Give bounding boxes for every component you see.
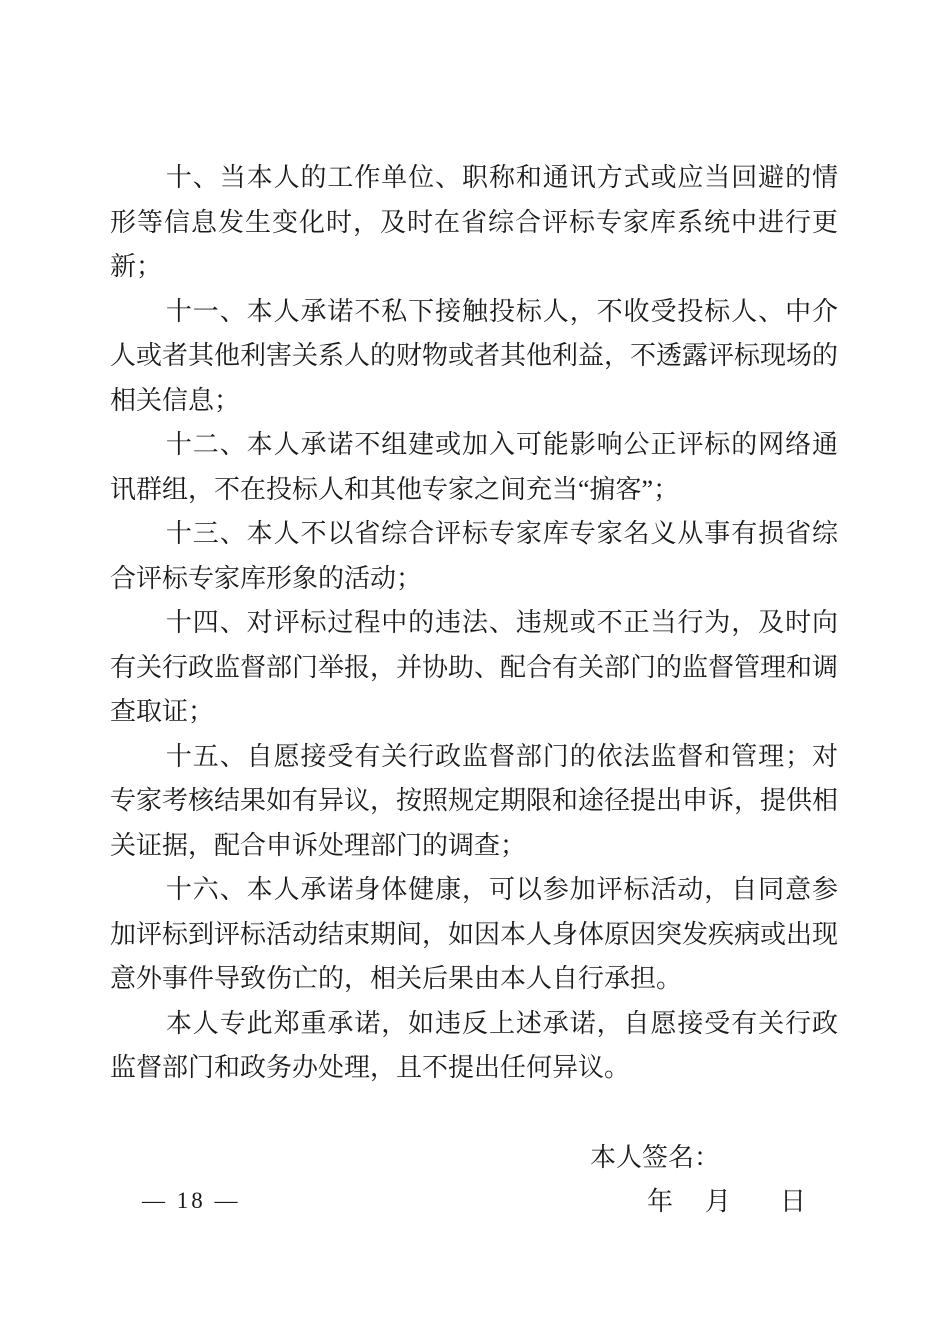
clause-paragraph-10: 十、当本人的工作单位、职称和通讯方式或应当回避的情形等信息发生变化时，及时在省综…: [110, 156, 838, 290]
clause-paragraph-12: 十二、本人承诺不组建或加入可能影响公正评标的网络通讯群组，不在投标人和其他专家之…: [110, 423, 838, 512]
month-label: 月: [705, 1187, 731, 1216]
signature-name-label: 本人签名：: [590, 1136, 838, 1181]
clause-paragraph-15: 十五、自愿接受有关行政监督部门的依法监督和管理；对专家考核结果如有异议，按照规定…: [110, 735, 838, 869]
clause-paragraph-14: 十四、对评标过程中的违法、违规或不正当行为，及时向有关行政监督部门举报，并协助、…: [110, 601, 838, 735]
page-number: — 18 —: [142, 1188, 241, 1214]
closing-paragraph: 本人专此郑重承诺，如违反上述承诺，自愿接受有关行政监督部门和政务办处理，且不提出…: [110, 1002, 838, 1091]
clause-paragraph-13: 十三、本人不以省综合评标专家库专家名义从事有损省综合评标专家库形象的活动；: [110, 512, 838, 601]
document-page: 十、当本人的工作单位、职称和通讯方式或应当回避的情形等信息发生变化时，及时在省综…: [0, 0, 950, 1343]
day-label: 日: [780, 1187, 806, 1216]
signature-date-line: 年月日: [647, 1180, 838, 1225]
clause-paragraph-16: 十六、本人承诺身体健康，可以参加评标活动，自同意参加评标到评标活动结束期间，如因…: [110, 868, 838, 1002]
clause-paragraph-11: 十一、本人承诺不私下接触投标人，不收受投标人、中介人或者其他利害关系人的财物或者…: [110, 290, 838, 424]
year-label: 年: [647, 1187, 673, 1216]
document-body: 十、当本人的工作单位、职称和通讯方式或应当回避的情形等信息发生变化时，及时在省综…: [0, 0, 950, 1225]
